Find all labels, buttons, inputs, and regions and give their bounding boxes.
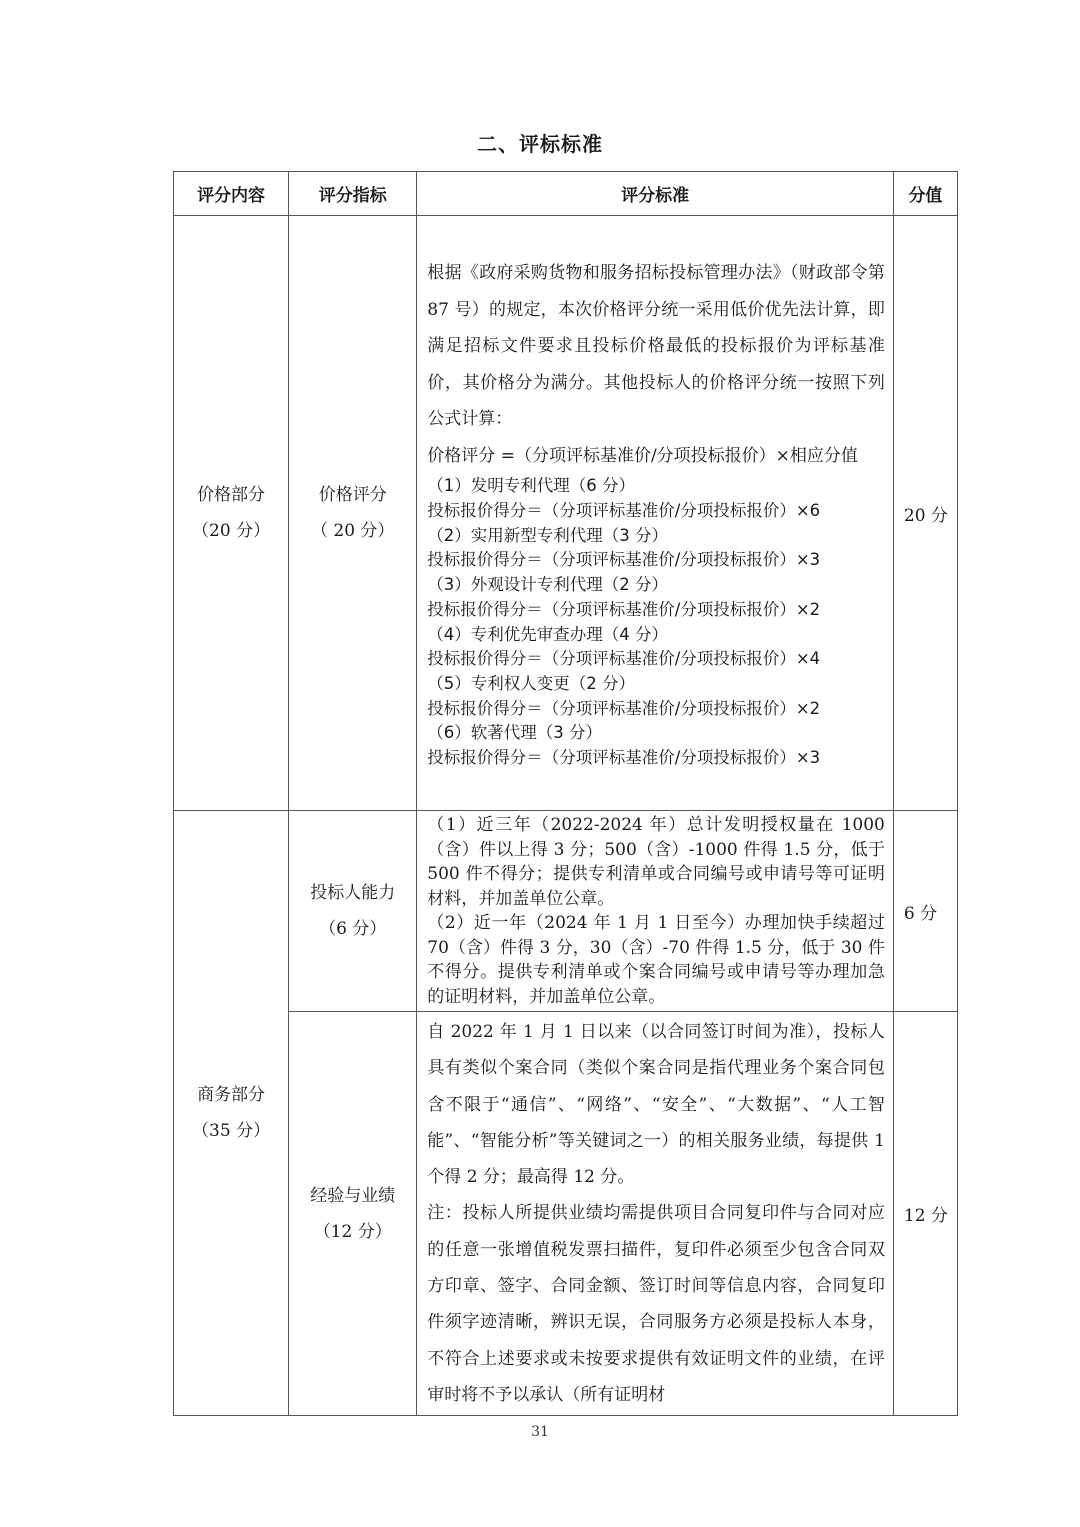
indicator-cell-price: 价格评分 （ 20 分） — [289, 216, 417, 811]
indicator-label: 经验与业绩 — [289, 1178, 416, 1214]
header-criteria: 评分标准 — [417, 172, 894, 216]
criteria-intro: 根据《政府采购货物和服务招标投标管理办法》（财政部令第 87 号）的规定，本次价… — [427, 255, 885, 438]
indicator-label: 价格评分 — [289, 477, 416, 513]
indicator-score: （12 分） — [289, 1214, 416, 1250]
header-content: 评分内容 — [174, 172, 289, 216]
price-item-formula: 投标报价得分＝（分项评标基准价/分项投标报价）×3 — [427, 746, 885, 771]
price-item-formula: 投标报价得分＝（分项评标基准价/分项投标报价）×2 — [427, 598, 885, 623]
price-item-formula: 投标报价得分＝（分项评标基准价/分项投标报价）×4 — [427, 647, 885, 672]
indicator-label: 投标人能力 — [289, 875, 416, 911]
criteria-paragraph: （2）近一年（2024 年 1 月 1 日至今）办理加快手续超过 70（含）件得… — [427, 911, 885, 1009]
category-label: 商务部分 — [174, 1077, 288, 1113]
section-title: 二、评标标准 — [0, 128, 1080, 157]
table-row-capability: 商务部分 （35 分） 投标人能力 （6 分） （1）近三年（2022-2024… — [174, 811, 958, 1012]
category-score: （20 分） — [174, 513, 288, 549]
indicator-cell-capability: 投标人能力 （6 分） — [289, 811, 417, 1012]
category-cell-price: 价格部分 （20 分） — [174, 216, 289, 811]
score-cell-experience: 12 分 — [893, 1012, 957, 1416]
criteria-cell-price: 根据《政府采购货物和服务招标投标管理办法》（财政部令第 87 号）的规定，本次价… — [417, 216, 894, 811]
price-item-label: （3）外观设计专利代理（2 分） — [427, 573, 885, 598]
indicator-score: （6 分） — [289, 911, 416, 947]
criteria-cell-capability: （1）近三年（2022-2024 年）总计发明授权量在 1000（含）件以上得 … — [417, 811, 894, 1012]
category-cell-business: 商务部分 （35 分） — [174, 811, 289, 1416]
page-number: 31 — [0, 1424, 1080, 1440]
price-item-formula: 投标报价得分＝（分项评标基准价/分项投标报价）×2 — [427, 697, 885, 722]
indicator-score: （ 20 分） — [289, 513, 416, 549]
price-item-formula: 投标报价得分＝（分项评标基准价/分项投标报价）×3 — [427, 548, 885, 573]
criteria-paragraph: （1）近三年（2022-2024 年）总计发明授权量在 1000（含）件以上得 … — [427, 813, 885, 911]
table-row-price: 价格部分 （20 分） 价格评分 （ 20 分） 根据《政府采购货物和服务招标投… — [174, 216, 958, 811]
price-item-label: （4）专利优先审查办理（4 分） — [427, 623, 885, 648]
price-item-formula: 投标报价得分＝（分项评标基准价/分项投标报价）×6 — [427, 499, 885, 524]
table-header-row: 评分内容 评分指标 评分标准 分值 — [174, 172, 958, 216]
criteria-cell-experience: 自 2022 年 1 月 1 日以来（以合同签订时间为准），投标人具有类似个案合… — [417, 1012, 894, 1416]
table-row-experience: 经验与业绩 （12 分） 自 2022 年 1 月 1 日以来（以合同签订时间为… — [174, 1012, 958, 1416]
header-score: 分值 — [893, 172, 957, 216]
score-cell-price: 20 分 — [893, 216, 957, 811]
score-cell-capability: 6 分 — [893, 811, 957, 1012]
header-indicator: 评分指标 — [289, 172, 417, 216]
category-score: （35 分） — [174, 1113, 288, 1149]
price-item-label: （2）实用新型专利代理（3 分） — [427, 524, 885, 549]
price-item-label: （6）软著代理（3 分） — [427, 721, 885, 746]
price-item-label: （5）专利权人变更（2 分） — [427, 672, 885, 697]
scoring-table: 评分内容 评分指标 评分标准 分值 价格部分 （20 分） 价格评分 （ 20 … — [173, 171, 958, 1416]
criteria-paragraph: 自 2022 年 1 月 1 日以来（以合同签订时间为准），投标人具有类似个案合… — [427, 1014, 885, 1195]
category-label: 价格部分 — [174, 477, 288, 513]
criteria-paragraph: 注：投标人所提供业绩均需提供项目合同复印件与合同对应的任意一张增值税发票扫描件，… — [427, 1195, 885, 1413]
criteria-formula: 价格评分 =（分项评标基准价/分项投标报价）×相应分值 — [427, 438, 885, 475]
indicator-cell-experience: 经验与业绩 （12 分） — [289, 1012, 417, 1416]
price-item-label: （1）发明专利代理（6 分） — [427, 474, 885, 499]
